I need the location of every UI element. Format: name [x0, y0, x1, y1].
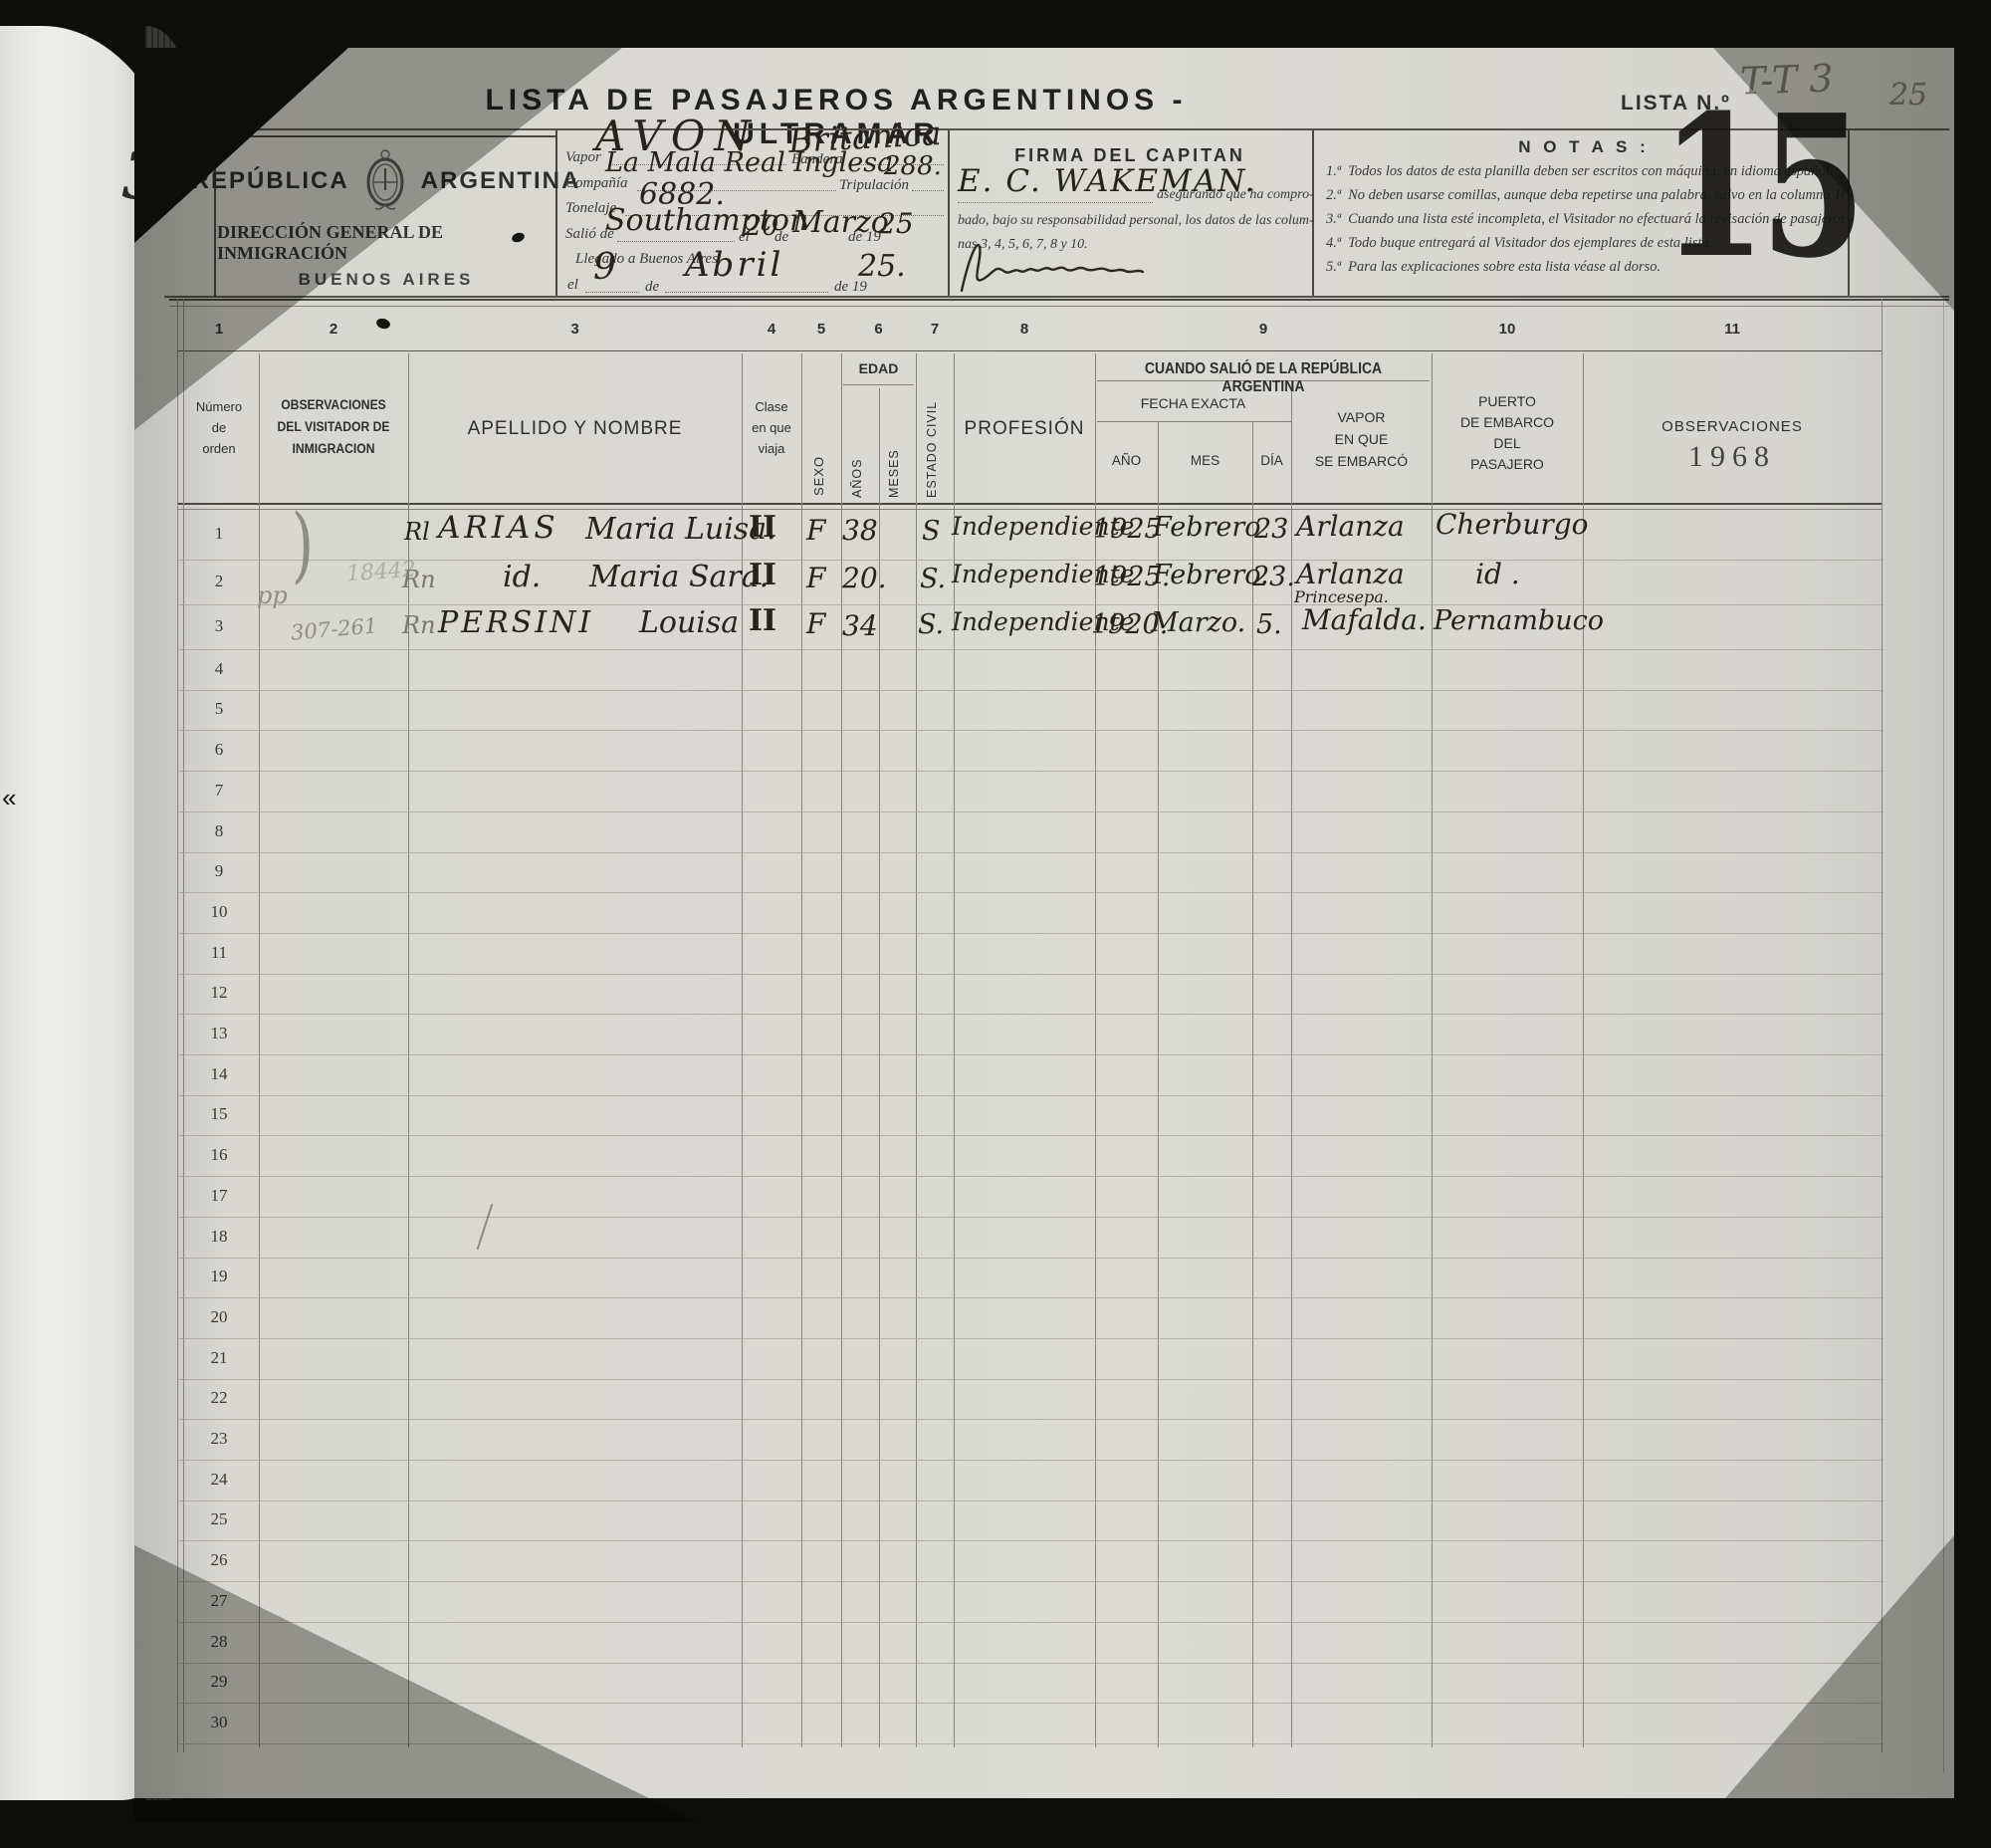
- row3-vapor-line2: Mafalda.: [1302, 603, 1427, 636]
- page-margin-vline: [1943, 301, 1944, 1772]
- row2-estado-civil: S.: [920, 564, 946, 594]
- header-apellido-nombre: APELLIDO Y NOMBRE: [408, 418, 742, 440]
- pencil-brace: ): [292, 498, 314, 592]
- row-divider-line: [177, 1095, 1883, 1096]
- row-divider-line: [177, 1176, 1883, 1177]
- org-box-top-border: [214, 135, 557, 137]
- row-divider-line: [177, 1338, 1883, 1339]
- row-number: 27: [179, 1591, 259, 1611]
- dotted-leader: [617, 240, 735, 242]
- org-argentina: ARGENTINA: [421, 167, 581, 195]
- row1-dia: 23: [1254, 514, 1288, 545]
- row-number: 29: [179, 1672, 259, 1692]
- row-divider-line: [177, 811, 1883, 812]
- row3-dia: 5.: [1256, 609, 1282, 640]
- header-observaciones-visitador: OBSERVACIONES DEL VISITADOR DE INMIGRACI…: [265, 394, 403, 460]
- col-number-10: 10: [1432, 321, 1583, 338]
- grid-vline: [801, 353, 802, 1747]
- row3-given-name: Louisa: [639, 605, 739, 640]
- ship-captain-divider: [948, 130, 950, 296]
- nota-item: 5.ª Para las explicaciones sobre esta li…: [1326, 259, 1660, 276]
- header-cuando-salio: CUANDO SALIÓ DE LA REPÚBLICA ARGENTINA: [1112, 360, 1415, 396]
- header-fecha-exacta: FECHA EXACTA: [1095, 395, 1291, 411]
- row1-given-name: Maria Luisa.: [585, 512, 776, 547]
- llegado-de-label: de: [645, 279, 659, 296]
- col-number-4: 4: [742, 321, 801, 338]
- nota-number: 4.ª: [1326, 235, 1341, 251]
- row-divider-line: [177, 1581, 1883, 1582]
- grid-vline: [916, 353, 917, 1747]
- row-divider-line: [177, 1540, 1883, 1541]
- row3-anos: 34: [842, 609, 878, 642]
- nota-number: 3.ª: [1326, 211, 1341, 227]
- col-number-3: 3: [408, 321, 742, 338]
- row-number: 20: [179, 1307, 259, 1327]
- captain-line1: asegurando que ha compro-: [1157, 187, 1314, 203]
- row3-mes: Marzo.: [1151, 607, 1245, 638]
- nota-text: Todo buque entregará al Visitador dos ej…: [1348, 235, 1712, 251]
- row2-anos: 20.: [842, 562, 887, 594]
- row-divider-line: [177, 1258, 1883, 1259]
- row-divider-line: [177, 1419, 1883, 1420]
- row1-ano: 1925: [1093, 514, 1162, 545]
- row-divider-line: [177, 1135, 1883, 1136]
- header-sexo: SEXO: [811, 406, 826, 496]
- row-number: 4: [179, 659, 259, 679]
- col-number-8: 8: [954, 321, 1095, 338]
- row-number: 30: [179, 1713, 259, 1732]
- row2-clase: II: [749, 558, 776, 592]
- row-divider-line: [177, 1379, 1883, 1380]
- row1-anos: 38: [842, 514, 878, 547]
- row-number: 22: [179, 1388, 259, 1408]
- grid-vline: [259, 353, 260, 1747]
- edad-underline: [843, 384, 914, 385]
- row-number: 14: [179, 1064, 259, 1084]
- row2-given-name: Maria Sara.: [589, 560, 769, 594]
- grid-vline: [1583, 353, 1584, 1747]
- nota-item: 4.ª Todo buque entregará al Visitador do…: [1326, 235, 1712, 252]
- row-divider-line: [177, 1460, 1883, 1461]
- row3-sexo: F: [806, 607, 825, 640]
- tripulacion-value-hw: 288.: [884, 151, 942, 181]
- nota-number: 1.ª: [1326, 163, 1341, 179]
- row1-surname: ARIAS: [438, 510, 559, 546]
- observaciones-year-stamp: 1968: [1583, 440, 1881, 474]
- nota-number: 2.ª: [1326, 187, 1341, 203]
- grid-vline: [1252, 421, 1253, 1747]
- table-top-rule: [169, 299, 1949, 301]
- row2-puerto: id .: [1475, 558, 1520, 590]
- table-top-rule2: [169, 306, 1949, 307]
- scanned-passenger-list-page: { "document": { "title": "LISTA DE PASAJ…: [0, 0, 1991, 1848]
- row3-clase: II: [749, 603, 776, 638]
- row-number: 1: [179, 524, 259, 544]
- fecha-exacta-underline: [1097, 421, 1291, 422]
- grid-vline: [1881, 299, 1882, 1752]
- org-ciudad: BUENOS AIRES: [299, 270, 475, 290]
- llegado-dia-hw: 9: [593, 247, 616, 288]
- row1-sexo: F: [806, 514, 825, 547]
- row-number: 18: [179, 1227, 259, 1247]
- col-number-11: 11: [1583, 321, 1881, 338]
- header-profesion: PROFESIÓN: [954, 418, 1095, 440]
- row2-dia: 23.: [1252, 562, 1295, 592]
- row-divider-line: [177, 1703, 1883, 1704]
- row-divider-line: [177, 974, 1883, 975]
- pencil-pp-note: pp: [257, 581, 288, 609]
- dotted-leader: [958, 201, 1153, 203]
- page-number-handwritten: 25: [1889, 78, 1927, 113]
- row1-vapor: Arlanza: [1296, 510, 1405, 543]
- row1-puerto: Cherburgo: [1436, 508, 1589, 541]
- header-anos: AÑOS: [850, 406, 864, 498]
- header-meses: MESES: [887, 406, 901, 498]
- row2-sexo: F: [806, 562, 825, 594]
- salio-dia-hw: 20: [745, 211, 778, 242]
- header-observaciones: OBSERVACIONES: [1583, 418, 1881, 435]
- row-divider-line: [177, 1297, 1883, 1298]
- row-number: 13: [179, 1024, 259, 1043]
- row-number: 16: [179, 1145, 259, 1165]
- row-divider-line: [177, 892, 1883, 893]
- col-number-6: 6: [841, 321, 916, 338]
- header-estado-civil: ESTADO CIVIL: [925, 383, 939, 498]
- row-number: 5: [179, 699, 259, 719]
- row2-surname: id.: [503, 560, 541, 594]
- header-puerto-embarco: PUERTO DE EMBARCO DEL PASAJERO: [1432, 391, 1583, 475]
- org-republica: REPÚBLICA: [192, 167, 349, 195]
- row-divider-line: [177, 1217, 1883, 1218]
- header-ano: AÑO: [1095, 453, 1158, 468]
- grid-vline: [177, 299, 178, 1752]
- row-number: 10: [179, 902, 259, 922]
- row-number: 21: [179, 1348, 259, 1368]
- row-number: 6: [179, 740, 259, 760]
- row-number: 12: [179, 983, 259, 1003]
- captain-signature: [956, 235, 1205, 293]
- org-direccion: DIRECCIÓN GENERAL DE INMIGRACIÓN: [217, 222, 555, 264]
- row3-puerto: Pernambuco: [1434, 605, 1604, 636]
- row-number: 23: [179, 1429, 259, 1449]
- llegado-mes-hw: Abril: [685, 245, 783, 285]
- row-divider-line: [177, 1743, 1883, 1744]
- row-number: 28: [179, 1632, 259, 1652]
- spine-corner-mark: «: [2, 783, 16, 813]
- row2-vapor: Arlanza: [1296, 558, 1405, 590]
- row-number: 15: [179, 1104, 259, 1124]
- dotted-leader: [585, 291, 639, 293]
- row-number: 9: [179, 861, 259, 881]
- salio-mes-hw: Marzo: [792, 205, 889, 240]
- header-dia: DÍA: [1252, 453, 1291, 468]
- row1-estado-civil: S: [922, 516, 941, 547]
- dotted-leader: [665, 291, 828, 293]
- grid-vline: [1432, 353, 1433, 1747]
- dotted-leader: [912, 189, 944, 191]
- row1-mes: Febrero: [1153, 512, 1261, 543]
- row-number: 8: [179, 821, 259, 841]
- row1-clase: II: [749, 510, 776, 545]
- row-number: 17: [179, 1186, 259, 1206]
- compania-value-hw: La Mala Real Inglesa: [605, 147, 893, 178]
- row-number: 7: [179, 781, 259, 801]
- row-divider-line: [177, 1014, 1883, 1015]
- row-divider-line: [177, 730, 1883, 731]
- row3-check-mark: Rn: [402, 611, 436, 639]
- row-divider-line: [177, 933, 1883, 934]
- header-vapor-embarco: VAPOR EN QUE SE EMBARCÓ: [1291, 406, 1432, 472]
- colnum-bottom-rule: [177, 350, 1881, 351]
- row-divider-line: [177, 771, 1883, 772]
- llegado-ano-hw: 25.: [858, 249, 906, 284]
- row3-estado-civil: S.: [918, 609, 944, 640]
- captain-line2: bado, bajo su responsabilidad personal, …: [958, 213, 1314, 229]
- row-divider-line: [177, 1622, 1883, 1623]
- row-number: 24: [179, 1470, 259, 1490]
- row-divider-line: [177, 604, 1883, 605]
- col-number-1: 1: [179, 321, 259, 338]
- row-divider-line: [177, 852, 1883, 853]
- row3-surname: PERSINI: [438, 605, 593, 640]
- nota-number: 5.ª: [1326, 259, 1341, 275]
- row-divider-line: [177, 1054, 1883, 1055]
- row-number: 11: [179, 943, 259, 963]
- row2-check-mark: Rn: [402, 566, 436, 593]
- header-edad: EDAD: [841, 360, 916, 376]
- header-mes: MES: [1158, 453, 1252, 468]
- header-bottom-rule2: [177, 509, 1881, 510]
- row-number: 2: [179, 572, 259, 591]
- col-number-9: 9: [1095, 321, 1432, 338]
- salio-ano-hw: 25: [878, 207, 914, 240]
- header-clase: Clase en que viaja: [742, 396, 801, 459]
- col-number-7: 7: [916, 321, 954, 338]
- col-number-5: 5: [801, 321, 841, 338]
- row-number: 3: [179, 616, 259, 636]
- header-numero-orden: Número de orden: [179, 396, 259, 459]
- row-divider-line: [177, 1501, 1883, 1501]
- nota-text: Para las explicaciones sobre esta lista …: [1348, 259, 1660, 275]
- row-number: 19: [179, 1267, 259, 1286]
- org-box: REPÚBLICA ARGENTINA DIRECCIÓN GENERAL DE…: [217, 145, 555, 291]
- row-divider-line: [177, 1663, 1883, 1664]
- coat-of-arms-icon: [359, 146, 411, 216]
- row-number: 25: [179, 1509, 259, 1529]
- row-divider-line: [177, 690, 1883, 691]
- header-bottom-rule: [177, 503, 1881, 505]
- llegado-el-label: el: [567, 277, 578, 294]
- row-divider-line: [177, 649, 1883, 650]
- row1-check-mark: Rl: [404, 518, 430, 546]
- row-number: 26: [179, 1550, 259, 1570]
- list-number-stamp: 15: [1660, 88, 1860, 287]
